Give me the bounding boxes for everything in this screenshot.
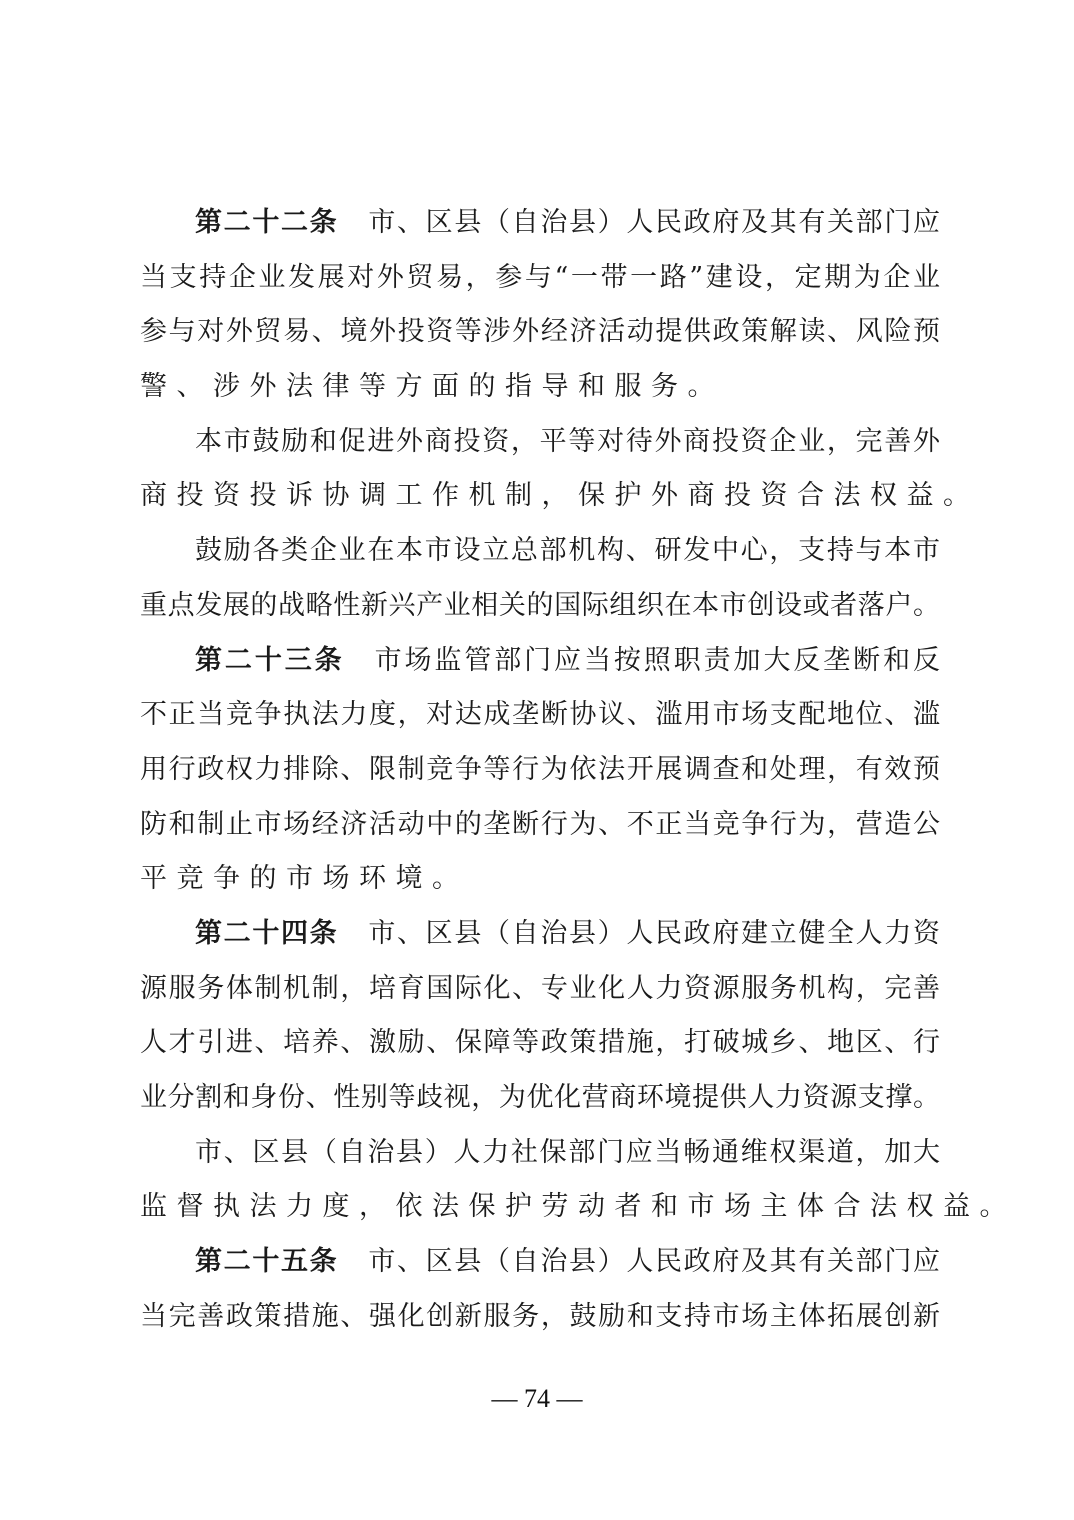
text-line: 重点发展的战略性新兴产业相关的国际组织在本市创设或者落户。 xyxy=(140,579,940,634)
text-line: 鼓励各类企业在本市设立总部机构、研发中心，支持与本市 xyxy=(140,524,940,579)
text-line: 监督执法力度，依法保护劳动者和市场主体合法权益。 xyxy=(140,1180,940,1235)
document-body: 第二十二条市、区县（自治县）人民政府及其有关部门应 当支持企业发展对外贸易，参与… xyxy=(140,196,940,1344)
article-number: 第二十四条 xyxy=(195,918,338,949)
article-number: 第二十二条 xyxy=(195,207,338,238)
paragraph-article-25: 第二十五条市、区县（自治县）人民政府及其有关部门应 当完善政策措施、强化创新服务… xyxy=(140,1235,940,1344)
paragraph-article-22: 第二十二条市、区县（自治县）人民政府及其有关部门应 当支持企业发展对外贸易，参与… xyxy=(140,196,940,415)
text-line: 参与对外贸易、境外投资等涉外经济活动提供政策解读、风险预 xyxy=(140,305,940,360)
text-line: 防和制止市场经济活动中的垄断行为、不正当竞争行为，营造公 xyxy=(140,798,940,853)
text-line: 警、涉外法律等方面的指导和服务。 xyxy=(140,360,940,415)
text-line: 用行政权力排除、限制竞争等行为依法开展调查和处理，有效预 xyxy=(140,743,940,798)
page-number: — 74 — xyxy=(0,1384,1074,1414)
paragraph: 本市鼓励和促进外商投资，平等对待外商投资企业，完善外 商投资投诉协调工作机制，保… xyxy=(140,415,940,524)
text-line: 市、区县（自治县）人力社保部门应当畅通维权渠道，加大 xyxy=(140,1126,940,1181)
text-line: 业分割和身份、性别等歧视，为优化营商环境提供人力资源支撑。 xyxy=(140,1071,940,1126)
text-line: 当完善政策措施、强化创新服务，鼓励和支持市场主体拓展创新 xyxy=(140,1290,940,1345)
article-number: 第二十五条 xyxy=(195,1246,338,1277)
text-line: 平竞争的市场环境。 xyxy=(140,852,940,907)
paragraph: 鼓励各类企业在本市设立总部机构、研发中心，支持与本市 重点发展的战略性新兴产业相… xyxy=(140,524,940,633)
paragraph-article-23: 第二十三条市场监管部门应当按照职责加大反垄断和反 不正当竞争执法力度，对达成垄断… xyxy=(140,634,940,907)
text-line: 本市鼓励和促进外商投资，平等对待外商投资企业，完善外 xyxy=(140,415,940,470)
text-line: 源服务体制机制，培育国际化、专业化人力资源服务机构，完善 xyxy=(140,962,940,1017)
text-line: 当支持企业发展对外贸易，参与“一带一路”建设，定期为企业 xyxy=(140,251,940,306)
article-number: 第二十三条 xyxy=(195,645,345,676)
paragraph-article-24: 第二十四条市、区县（自治县）人民政府建立健全人力资 源服务体制机制，培育国际化、… xyxy=(140,907,940,1126)
paragraph: 市、区县（自治县）人力社保部门应当畅通维权渠道，加大 监督执法力度，依法保护劳动… xyxy=(140,1126,940,1235)
text-line: 人才引进、培养、激励、保障等政策措施，打破城乡、地区、行 xyxy=(140,1016,940,1071)
text-line: 商投资投诉协调工作机制，保护外商投资合法权益。 xyxy=(140,469,940,524)
text-line: 不正当竞争执法力度，对达成垄断协议、滥用市场支配地位、滥 xyxy=(140,688,940,743)
